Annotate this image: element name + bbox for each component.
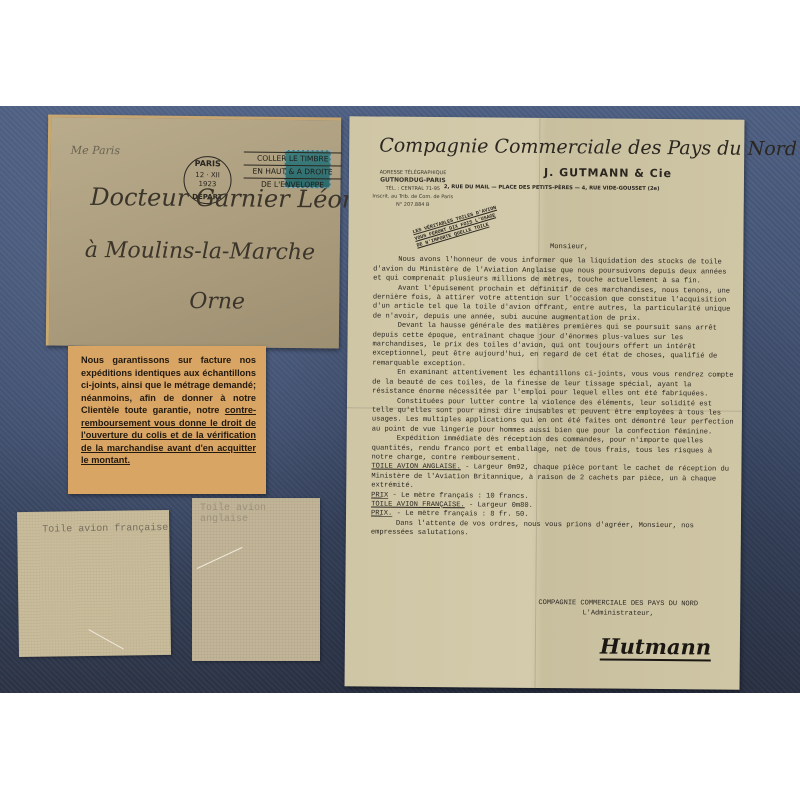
- address-town: à Moulins-la-Marche: [85, 238, 316, 265]
- firm-name: J. GUTMANN & Cie: [544, 166, 672, 180]
- paragraph: En examinant attentivement les échantill…: [372, 369, 737, 400]
- postmark-city: PARIS: [185, 159, 231, 168]
- addressee: Docteur Garnier Léon: [90, 183, 357, 214]
- product-detail: - Largeur 0m80.: [469, 501, 533, 510]
- price-label: PRIX.: [371, 510, 392, 518]
- product-name: TOILE AVION ANGLAISE.: [371, 463, 460, 472]
- guarantee-notice: Nous garantissons sur facture nos expédi…: [68, 346, 266, 494]
- paragraph: Constituées pour lutter contre la violen…: [372, 397, 737, 438]
- fabric-label: Toile avion anglaise: [200, 503, 320, 525]
- postmark-date: 12 · XII: [185, 171, 231, 180]
- registry-number: N° 207.884 B: [349, 200, 477, 209]
- product-line: TOILE AVION ANGLAISE. - Largeur 0m92, ch…: [371, 463, 736, 494]
- loose-thread: [197, 547, 243, 569]
- fabric-sample-english: Toile avion anglaise: [192, 498, 320, 661]
- paragraph: Expédition immédiate dès réception des c…: [371, 435, 736, 466]
- price-detail: - Le mètre français : 10 francs.: [392, 491, 528, 500]
- paragraph: Nous avons l'honneur de vous informer qu…: [373, 256, 738, 287]
- signature: Hutmann: [600, 633, 711, 661]
- fabric-sample-french: Toile avion française: [17, 510, 171, 657]
- paragraph: Devant la hausse générale des matières p…: [372, 322, 737, 372]
- price-label: PRIX: [371, 491, 388, 499]
- handwritten-note: Me Paris: [71, 144, 120, 158]
- cancel-line: COLLER LE TIMBRE: [244, 152, 342, 166]
- closing-paragraph: Dans l'attente de vos ordres, nous vous …: [371, 519, 736, 541]
- loose-thread: [88, 629, 123, 649]
- salutation: Monsieur,: [373, 242, 588, 253]
- fabric-label: Toile avion française: [42, 523, 168, 536]
- signatory-block: COMPAGNIE COMMERCIALE DES PAYS DU NORD L…: [518, 598, 718, 620]
- address-department: Orne: [189, 289, 245, 315]
- letterhead-company: Compagnie Commerciale des Pays du Nord: [379, 135, 797, 161]
- paragraph: Avant l'épuisement prochain et définitif…: [373, 284, 738, 325]
- letter-body: Monsieur, Nous avons l'honneur de vous i…: [371, 242, 739, 542]
- photo-scene: Me Paris PARIS 12 · XII 1923 DÉPART COLL…: [0, 106, 800, 693]
- product-name: TOILE AVION FRANÇAISE.: [371, 500, 465, 509]
- envelope: Me Paris PARIS 12 · XII 1923 DÉPART COLL…: [46, 114, 341, 348]
- price-detail: - Le mètre français : 8 fr. 50.: [397, 510, 529, 519]
- cancel-line: EN HAUT & A DROITE: [244, 165, 342, 179]
- sales-letter: Compagnie Commerciale des Pays du Nord A…: [345, 116, 745, 689]
- signatory-title: L'Administrateur,: [518, 608, 718, 620]
